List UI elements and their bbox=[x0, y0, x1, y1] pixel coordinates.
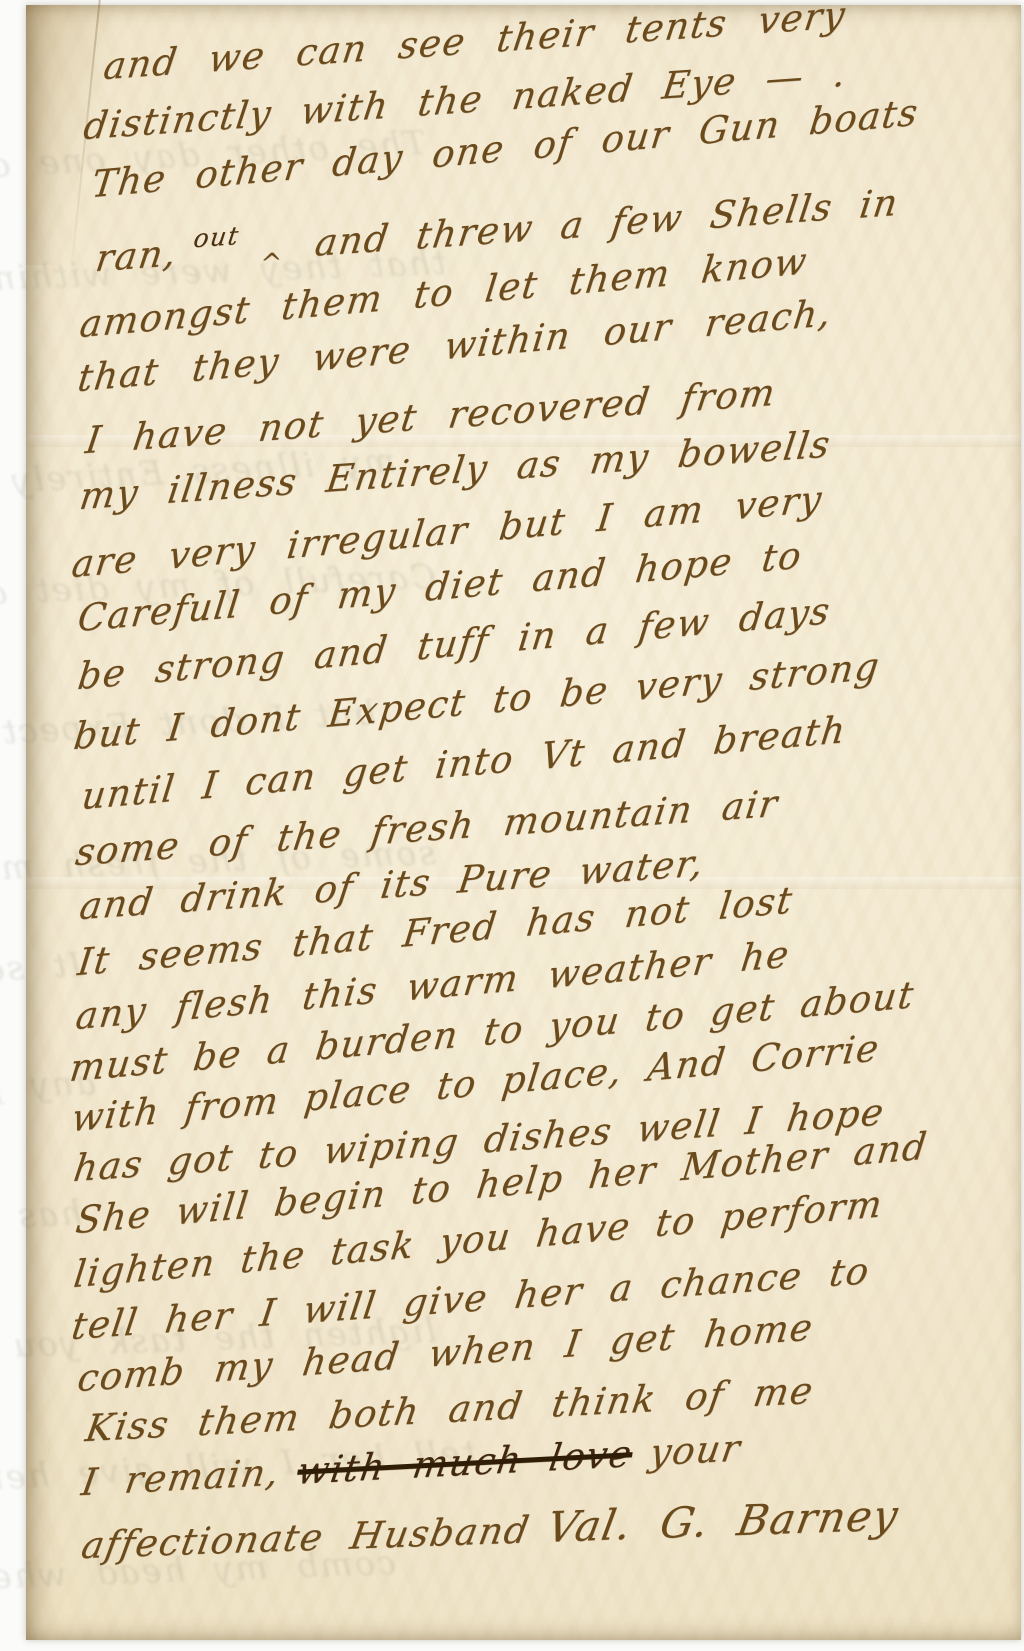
letter-line-segment: affectionate Husband bbox=[78, 1508, 533, 1567]
caret-mark: ^ bbox=[258, 248, 286, 280]
letter-line-segment: and threw a few Shells in bbox=[313, 181, 902, 265]
letter-line-segment: your bbox=[647, 1426, 744, 1474]
letter-line-segment: I remain, bbox=[79, 1450, 284, 1504]
handwriting-layer: and we can see their tents verydistinctl… bbox=[26, 5, 1021, 1640]
letter-paper: The other day one of our Gun boatsthat t… bbox=[26, 5, 1021, 1640]
signature: Val. G. Barney bbox=[543, 1490, 903, 1552]
letter-line-segment: ran, bbox=[93, 231, 180, 280]
letter-line: affectionate HusbandVal. G. Barney bbox=[81, 1491, 899, 1568]
inserted-word: out bbox=[192, 221, 242, 254]
strikethrough-text: with much love bbox=[294, 1432, 636, 1493]
